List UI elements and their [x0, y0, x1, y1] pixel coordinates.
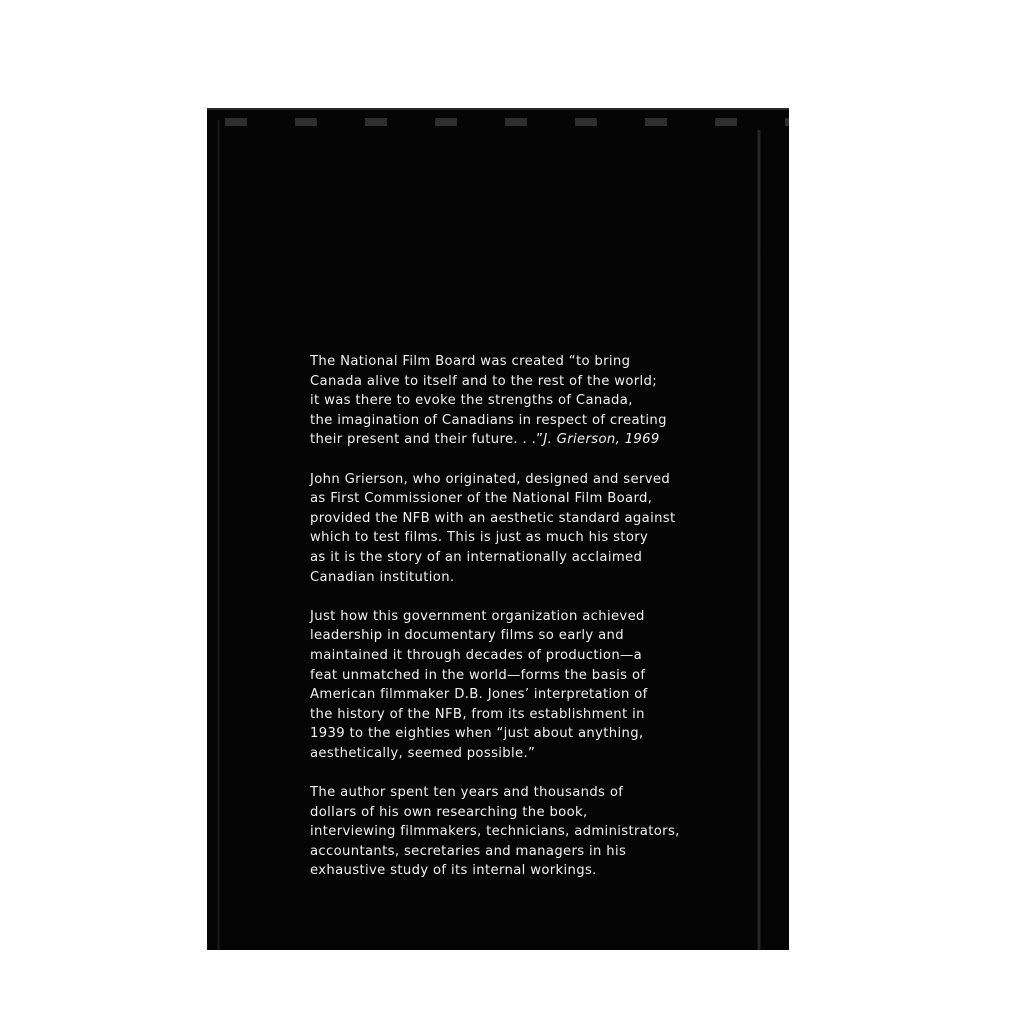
cover-edge-right — [757, 130, 761, 950]
cover-edge-left — [217, 120, 220, 950]
quote-attribution: J. Grierson, 1969 — [543, 432, 659, 447]
blurb-line: The National Film Board was created “to … — [310, 352, 690, 372]
blurb-line: which to test films. This is just as muc… — [310, 528, 690, 548]
blurb-line: accountants, secretaries and managers in… — [310, 842, 690, 862]
blurb-line: Canadian institution. — [310, 568, 690, 588]
blurb-line: aesthetically, seemed possible.” — [310, 744, 690, 764]
blurb-line: the history of the NFB, from its establi… — [310, 705, 690, 725]
blurb-line: 1939 to the eighties when “just about an… — [310, 724, 690, 744]
blurb-line: The author spent ten years and thousands… — [310, 783, 690, 803]
book-back-cover: The National Film Board was created “to … — [207, 108, 789, 950]
blurb-line-with-attribution: their present and their future. . .”J. G… — [310, 430, 690, 450]
blurb-paragraph-quote: The National Film Board was created “to … — [310, 352, 690, 450]
blurb-paragraph-author: The author spent ten years and thousands… — [310, 783, 690, 881]
blurb-line: leadership in documentary films so early… — [310, 626, 690, 646]
blurb-line: exhaustive study of its internal working… — [310, 861, 690, 881]
blurb-paragraph-history: Just how this government organization ac… — [310, 607, 690, 764]
blurb-line: as it is the story of an internationally… — [310, 548, 690, 568]
cover-wear-top — [207, 118, 789, 126]
blurb-line: John Grierson, who originated, designed … — [310, 470, 690, 490]
blurb-line: Just how this government organization ac… — [310, 607, 690, 627]
blurb-line: provided the NFB with an aesthetic stand… — [310, 509, 690, 529]
blurb-line: their present and their future. . .” — [310, 432, 543, 447]
blurb-line: American filmmaker D.B. Jones’ interpret… — [310, 685, 690, 705]
blurb-line: interviewing filmmakers, technicians, ad… — [310, 822, 690, 842]
blurb-line: maintained it through decades of product… — [310, 646, 690, 666]
blurb-line: feat unmatched in the world—forms the ba… — [310, 666, 690, 686]
blurb-paragraph-grierson: John Grierson, who originated, designed … — [310, 470, 690, 588]
blurb-line: Canada alive to itself and to the rest o… — [310, 372, 690, 392]
back-cover-blurb: The National Film Board was created “to … — [310, 352, 690, 901]
blurb-line: as First Commissioner of the National Fi… — [310, 489, 690, 509]
blurb-line: it was there to evoke the strengths of C… — [310, 391, 690, 411]
blurb-line: the imagination of Canadians in respect … — [310, 411, 690, 431]
blurb-line: dollars of his own researching the book, — [310, 803, 690, 823]
